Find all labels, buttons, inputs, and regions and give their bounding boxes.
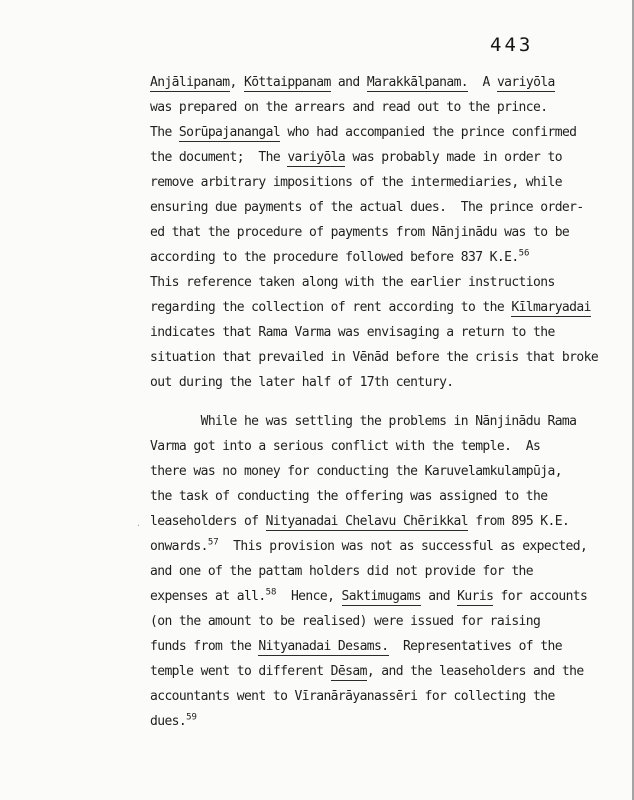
- text-line: situation that prevailed in Vēnād before…: [150, 345, 625, 370]
- text-segment: onwards.: [150, 539, 208, 554]
- text-line: leaseholders of Nityanadai Chelavu Chēri…: [150, 509, 625, 534]
- text-line: and one of the pattam holders did not pr…: [150, 559, 625, 584]
- page-number: 443: [490, 34, 533, 56]
- text-line: according to the procedure followed befo…: [150, 245, 625, 270]
- scanned-document-page: { "colors": { "paper": "#fbfbfa", "ink":…: [0, 0, 634, 800]
- underlined-term: Saktimugams: [342, 589, 422, 606]
- text-segment: Representatives of the: [389, 639, 562, 654]
- text-segment: Hence,: [276, 589, 341, 604]
- text-segment: ed that the procedure of payments from N…: [150, 225, 569, 240]
- text-segment: the task of conducting the offering was …: [150, 489, 547, 504]
- text-line: (on the amount to be realised) were issu…: [150, 609, 625, 634]
- underlined-term: Kīlmaryadai: [511, 300, 591, 317]
- text-segment: the document; The: [150, 150, 287, 165]
- text-line: remove arbitrary impositions of the inte…: [150, 170, 625, 195]
- text-segment: according to the procedure followed befo…: [150, 250, 519, 265]
- text-segment: expenses at all.: [150, 589, 266, 604]
- text-segment: out during the later half of 17th centur…: [150, 375, 454, 390]
- text-segment: remove arbitrary impositions of the inte…: [150, 175, 562, 190]
- text-segment: This reference taken along with the earl…: [150, 275, 555, 290]
- footnote-ref: 59: [186, 713, 197, 723]
- underlined-term: variyōla: [497, 75, 555, 92]
- text-segment: This provision was not as successful as …: [219, 539, 588, 554]
- text-segment: (on the amount to be realised) were issu…: [150, 614, 540, 629]
- text-line: expenses at all.58 Hence, Saktimugams an…: [150, 584, 625, 609]
- text-line: the document; The variyōla was probably …: [150, 145, 625, 170]
- underlined-term: Dēsam: [331, 664, 367, 681]
- text-segment: ensuring due payments of the actual dues…: [150, 200, 584, 215]
- text-line: the task of conducting the offering was …: [150, 484, 625, 509]
- text-segment: was prepared on the arrears and read out…: [150, 100, 547, 115]
- text-segment: The: [150, 125, 179, 140]
- underlined-term: Nityanadai Chelavu Chērikkal: [266, 514, 468, 531]
- underlined-term: Marakkālpanam.: [367, 75, 468, 92]
- text-line: Varma got into a serious conflict with t…: [150, 434, 625, 459]
- text-segment: temple went to different: [150, 664, 331, 679]
- text-segment: accountants went to Vīranārāyanassēri fo…: [150, 689, 555, 704]
- text-line: temple went to different Dēsam, and the …: [150, 659, 625, 684]
- text-segment: from 895 K.E.: [468, 514, 569, 529]
- text-line: dues.59: [150, 709, 625, 734]
- text-line: regarding the collection of rent accordi…: [150, 295, 625, 320]
- text-segment: and one of the pattam holders did not pr…: [150, 564, 533, 579]
- text-segment: there was no money for conducting the Ka…: [150, 464, 562, 479]
- paragraph: While he was settling the problems in Nā…: [150, 409, 625, 734]
- text-segment: A: [468, 75, 497, 90]
- text-line: While he was settling the problems in Nā…: [150, 409, 625, 434]
- text-segment: While he was settling the problems in Nā…: [150, 414, 576, 429]
- text-segment: , and the leaseholders and the: [367, 664, 584, 679]
- text-segment: was probably made in order to: [345, 150, 562, 165]
- text-line: accountants went to Vīranārāyanassēri fo…: [150, 684, 625, 709]
- scan-margin-speck: ·: [136, 524, 141, 527]
- text-segment: situation that prevailed in Vēnād before…: [150, 350, 598, 365]
- text-segment: and: [331, 75, 367, 90]
- text-segment: dues.: [150, 714, 186, 729]
- text-line: ed that the procedure of payments from N…: [150, 220, 625, 245]
- text-segment: leaseholders of: [150, 514, 266, 529]
- text-segment: for accounts: [493, 589, 587, 604]
- text-segment: indicates that Rama Varma was envisaging…: [150, 325, 555, 340]
- text-segment: who had accompanied the prince confirmed: [280, 125, 576, 140]
- underlined-term: Nityanadai Desams.: [258, 639, 388, 656]
- text-line: out during the later half of 17th centur…: [150, 370, 625, 395]
- text-line: Anjālipanam, Kōttaippanam and Marakkālpa…: [150, 70, 625, 95]
- footnote-ref: 57: [208, 538, 219, 548]
- page-text: Anjālipanam, Kōttaippanam and Marakkālpa…: [150, 70, 625, 734]
- paragraph: Anjālipanam, Kōttaippanam and Marakkālpa…: [150, 70, 625, 395]
- text-segment: funds from the: [150, 639, 258, 654]
- text-segment: and: [421, 589, 457, 604]
- text-line: there was no money for conducting the Ka…: [150, 459, 625, 484]
- text-segment: regarding the collection of rent accordi…: [150, 300, 511, 315]
- underlined-term: variyōla: [287, 150, 345, 167]
- footnote-ref: 56: [519, 249, 530, 259]
- footnote-ref: 58: [266, 588, 277, 598]
- text-line: was prepared on the arrears and read out…: [150, 95, 625, 120]
- underlined-term: Kuris: [457, 589, 493, 606]
- text-line: The Sorūpajanangal who had accompanied t…: [150, 120, 625, 145]
- text-line: This reference taken along with the earl…: [150, 270, 625, 295]
- text-segment: Varma got into a serious conflict with t…: [150, 439, 540, 454]
- text-line: indicates that Rama Varma was envisaging…: [150, 320, 625, 345]
- underlined-term: Sorūpajanangal: [179, 125, 280, 142]
- text-line: onwards.57 This provision was not as suc…: [150, 534, 625, 559]
- text-segment: ,: [230, 75, 244, 90]
- text-line: funds from the Nityanadai Desams. Repres…: [150, 634, 625, 659]
- text-line: ensuring due payments of the actual dues…: [150, 195, 625, 220]
- underlined-term: Anjālipanam: [150, 75, 230, 92]
- underlined-term: Kōttaippanam: [244, 75, 331, 92]
